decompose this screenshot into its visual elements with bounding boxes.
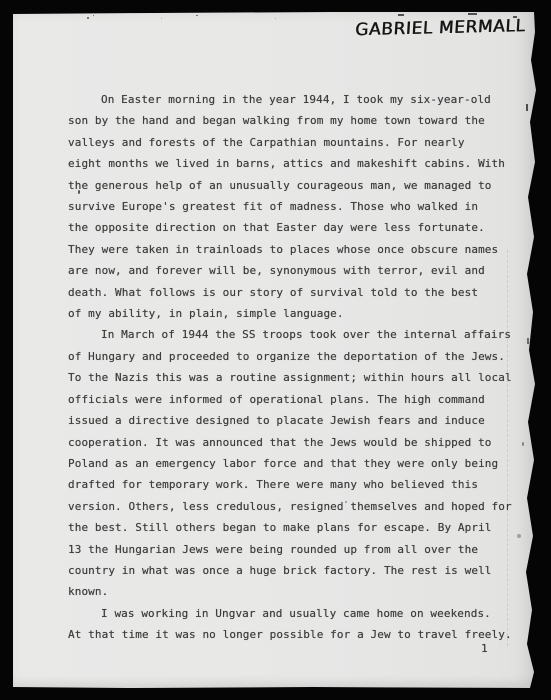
document-line: They were taken in trainloads to places … xyxy=(68,239,518,260)
scan-speck xyxy=(513,16,517,18)
document-line: the generous help of an unusually courag… xyxy=(68,175,518,196)
scan-speck xyxy=(87,17,89,19)
document-line: I was working in Ungvar and usually came… xyxy=(68,603,518,624)
document-line: of Hungary and proceeded to organize the… xyxy=(68,346,518,367)
document-line: At that time it was no longer possible f… xyxy=(68,624,518,645)
scan-speck xyxy=(527,338,529,344)
document-line: In March of 1944 the SS troops took over… xyxy=(68,324,518,345)
document-line: version. Others, less credulous, resigne… xyxy=(68,496,518,517)
scan-speck xyxy=(345,501,347,503)
document-line: On Easter morning in the year 1944, I to… xyxy=(68,89,518,110)
document-line: known. xyxy=(68,581,518,602)
document-line: son by the hand and began walking from m… xyxy=(68,110,518,131)
document-line: death. What follows is our story of surv… xyxy=(68,282,518,303)
document-line: issued a directive designed to placate J… xyxy=(68,410,518,431)
fold-line-artifact xyxy=(507,250,508,646)
handwritten-author-name: GABRIEL MERMALL xyxy=(354,16,540,41)
document-line: the opposite direction on that Easter da… xyxy=(68,217,518,238)
document-line: the best. Still others began to make pla… xyxy=(68,517,518,538)
scan-speck xyxy=(196,15,198,16)
document-page: GABRIEL MERMALL On Easter morning in the… xyxy=(13,12,537,688)
scan-speck xyxy=(78,190,80,194)
scan-speck xyxy=(93,15,94,16)
scan-speck xyxy=(526,104,528,111)
document-line: Poland as an emergency labor force and t… xyxy=(68,453,518,474)
scan-speck xyxy=(468,13,477,15)
document-line: eight months we lived in barns, attics a… xyxy=(68,153,518,174)
document-line: cooperation. It was announced that the J… xyxy=(68,432,518,453)
scan-speck xyxy=(398,14,404,16)
scan-speck xyxy=(275,18,276,19)
document-line: 13 the Hungarian Jews were being rounded… xyxy=(68,539,518,560)
document-line: are now, and forever will be, synonymous… xyxy=(68,260,518,281)
scan-speck xyxy=(161,18,162,19)
document-text: On Easter morning in the year 1944, I to… xyxy=(68,89,518,646)
document-line: To the Nazis this was a routine assignme… xyxy=(68,367,518,388)
scan-speck xyxy=(517,534,521,538)
scanned-page-background: GABRIEL MERMALL On Easter morning in the… xyxy=(0,0,551,700)
scan-speck xyxy=(522,442,524,446)
document-line: officials were informed of operational p… xyxy=(68,389,518,410)
document-line: survive Europe's greatest fit of madness… xyxy=(68,196,518,217)
document-line: valleys and forests of the Carpathian mo… xyxy=(68,132,518,153)
document-line: country in what was once a huge brick fa… xyxy=(68,560,518,581)
page-number: 1 xyxy=(481,642,488,655)
document-line: of my ability, in plain, simple language… xyxy=(68,303,518,324)
document-line: drafted for temporary work. There were m… xyxy=(68,474,518,495)
